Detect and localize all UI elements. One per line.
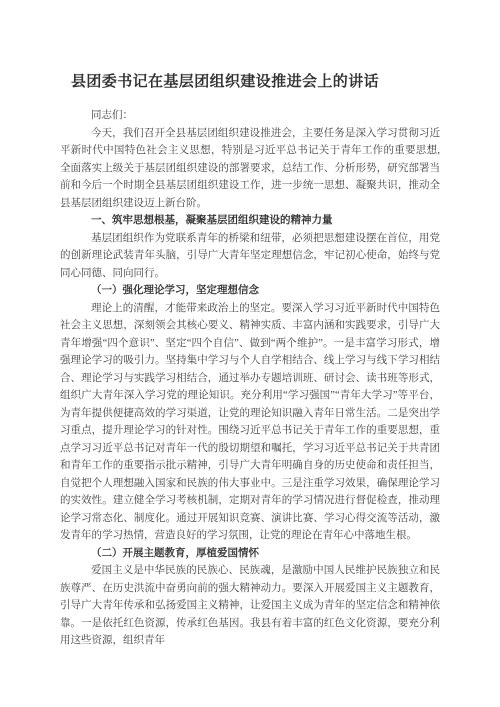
paragraph-intro: 今天，我们召开全县基层团组织建设推进会，主要任务是深入学习贯彻习近平新时代中国特… [60, 125, 440, 213]
document-body: 同志们： 今天，我们召开全县基层团组织建设推进会，主要任务是深入学习贯彻习近平新… [60, 107, 440, 650]
document-page: 县团委书记在基层团组织建设推进会上的讲话 同志们： 今天，我们召开全县基层团组织… [0, 0, 500, 707]
paragraph-subsection-1-1: 理论上的清醒，才能带来政治上的坚定。要深入学习习近平新时代中国特色社会主义思想，… [60, 300, 440, 545]
salutation: 同志们： [60, 107, 440, 125]
paragraph-subsection-1-2: 爱国主义是中华民族的民族心、民族魂，是激励中国人民维护民族独立和民族尊严、在历史… [60, 562, 440, 650]
subsection-heading-1-1: （一）强化理论学习，坚定理想信念 [60, 282, 440, 300]
subsection-heading-1-2: （二）开展主题教育，厚植爱国情怀 [60, 545, 440, 563]
section-heading-1: 一、筑牢思想根基，凝聚基层团组织建设的精神力量 [60, 212, 440, 230]
paragraph-section-1-lead: 基层团组织作为党联系青年的桥梁和纽带，必须把思想建设摆在首位，用党的创新理论武装… [60, 230, 440, 283]
document-title: 县团委书记在基层团组织建设推进会上的讲话 [71, 73, 440, 92]
